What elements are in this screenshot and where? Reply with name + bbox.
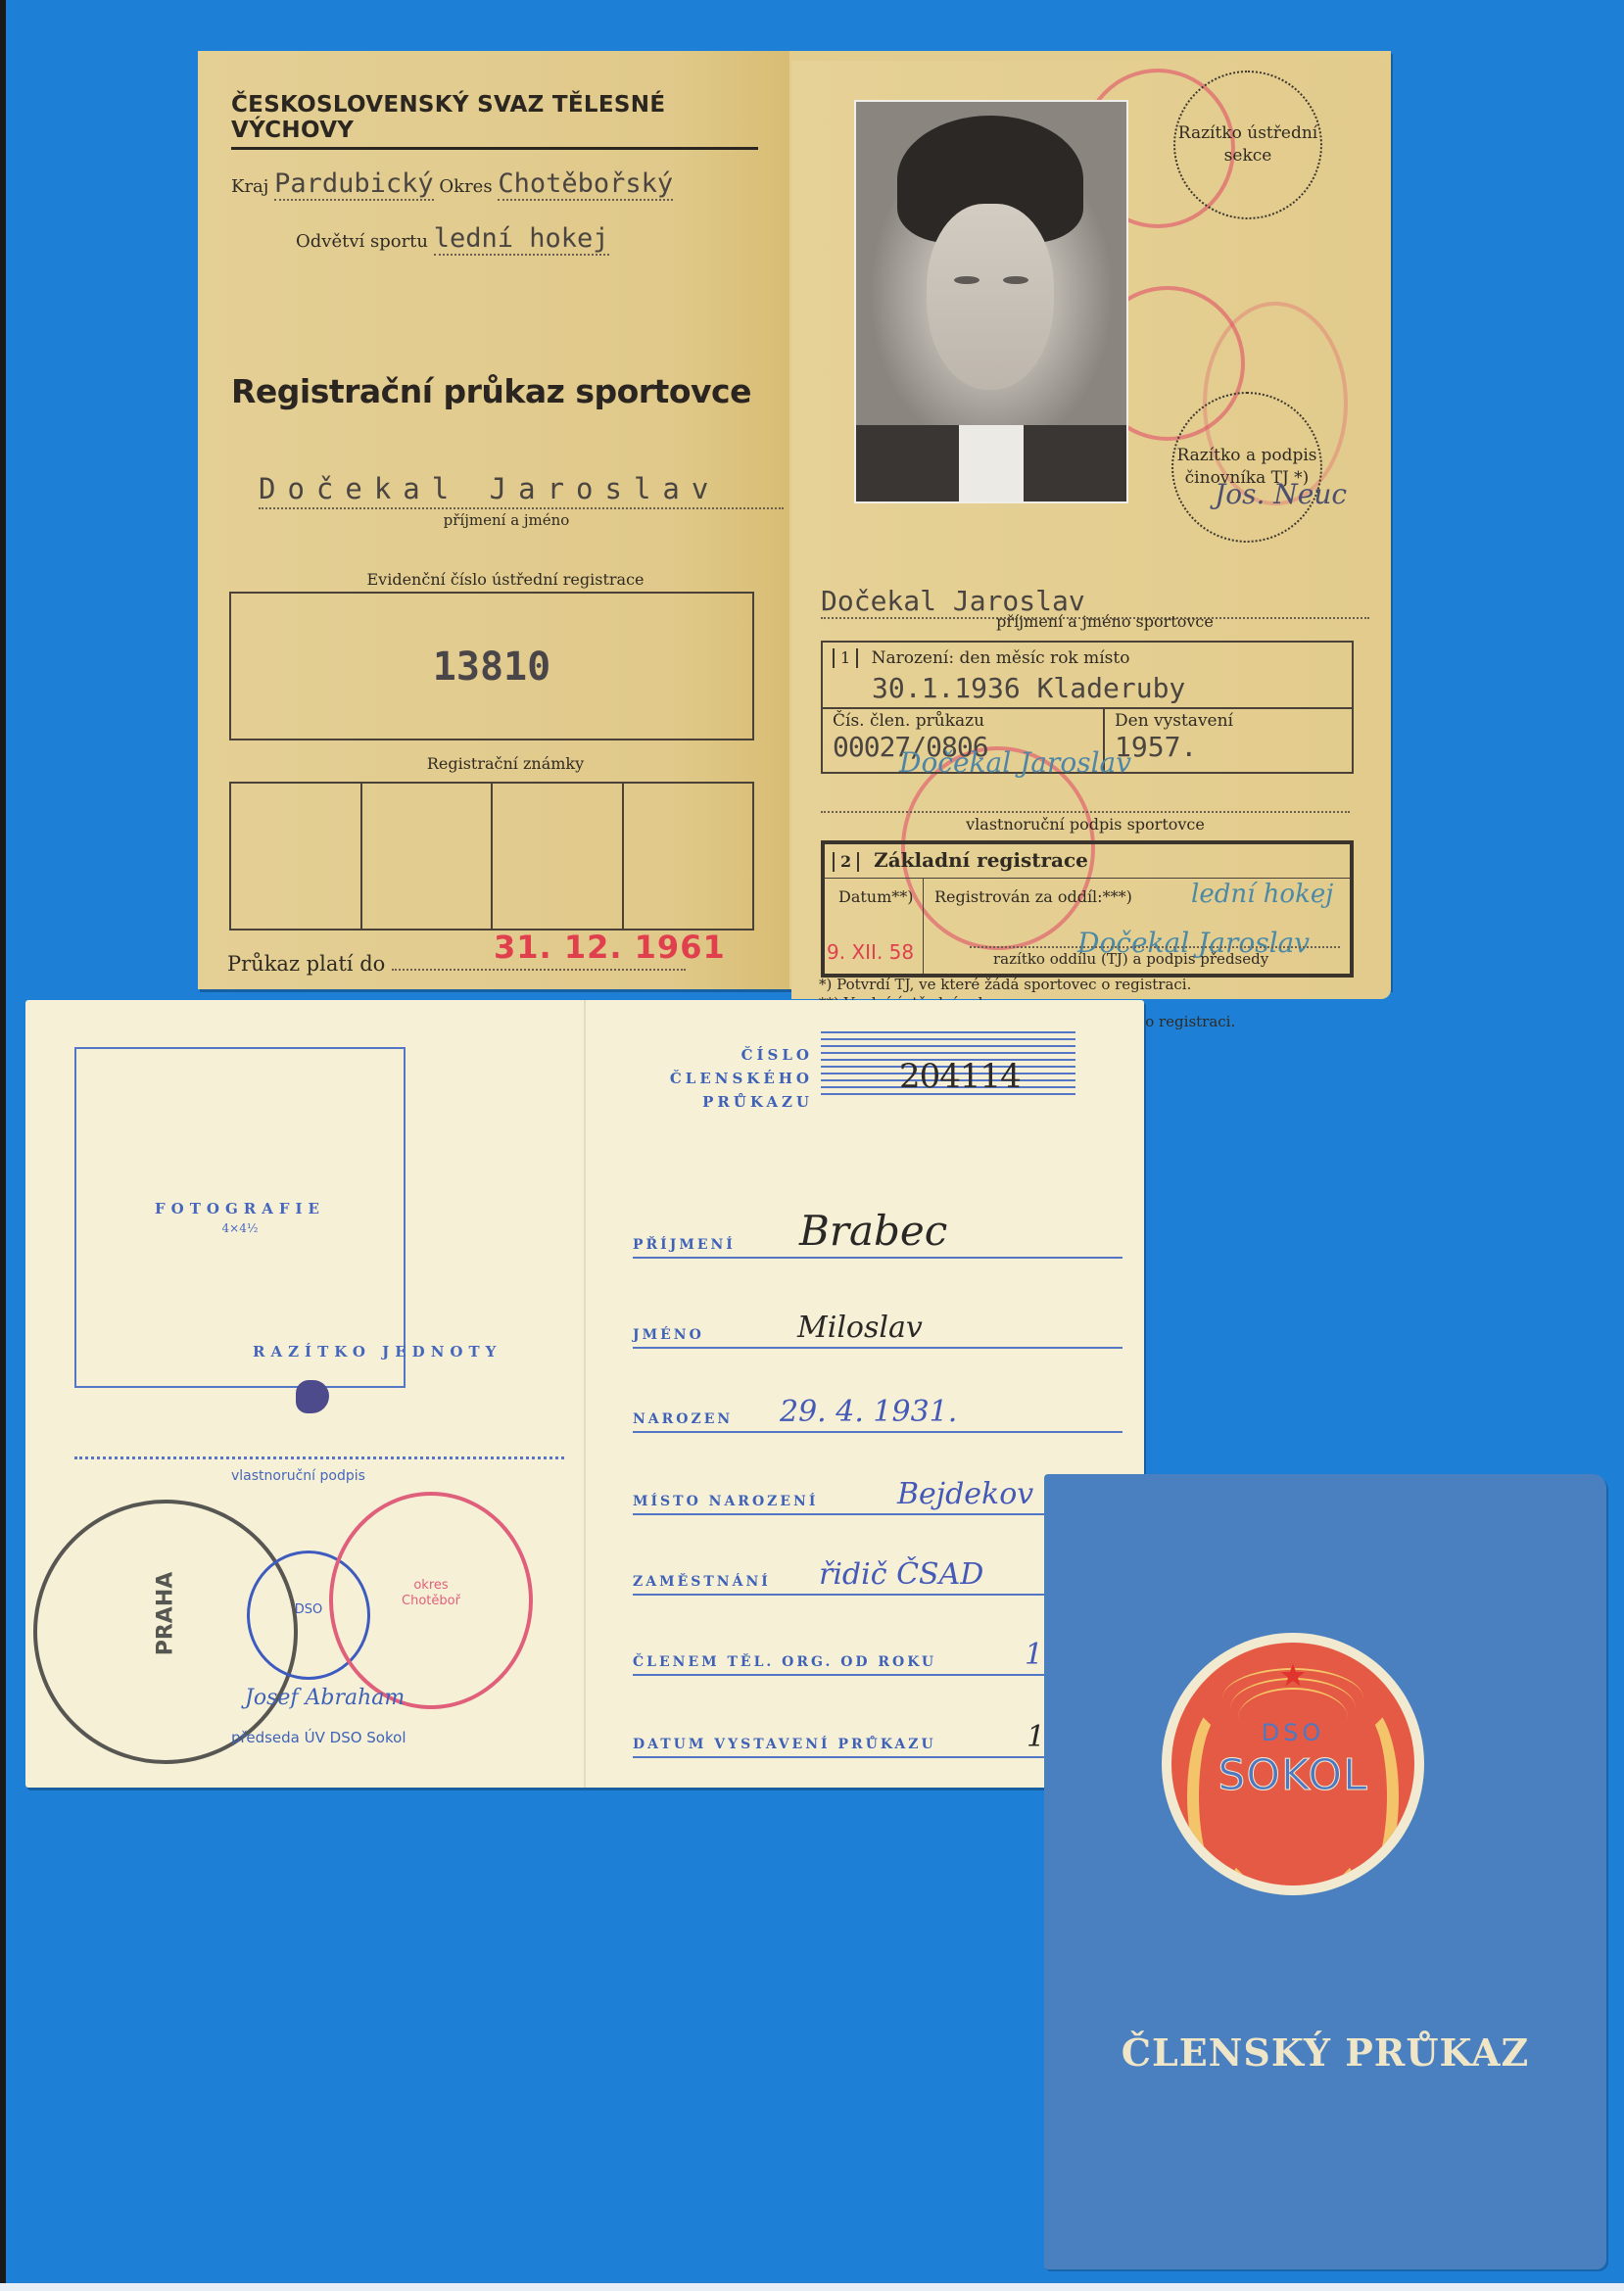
- okres-value: Chotěbořský: [498, 168, 673, 201]
- stamp-cell: [362, 784, 494, 929]
- signature-line: [821, 811, 1350, 813]
- official-signature: Jos. Neuc: [1215, 478, 1347, 510]
- card-title: Registrační průkaz sportovce: [231, 372, 751, 410]
- evidence-label: Evidenční číslo ústřední registrace: [231, 570, 780, 589]
- unit-stamp-label: RAZÍTKO JEDNOTY: [253, 1343, 502, 1360]
- member-card-label: Čís. člen. průkazu: [833, 711, 984, 731]
- card-number-label: ČÍSLO ČLENSKÉHO PRŮKAZU: [603, 1043, 813, 1114]
- page-fold: [584, 1000, 586, 1788]
- registration-card-left-page: ČESKOSLOVENSKÝ SVAZ TĚLESNÉ VÝCHOVY Kraj…: [198, 51, 789, 989]
- kraj-value: Pardubický: [274, 168, 434, 201]
- evidence-number: 13810: [231, 644, 752, 690]
- issue-day-label: Den vystavení: [1115, 711, 1233, 731]
- athlete-photo: [854, 100, 1128, 503]
- chairman-caption: razítko oddílu (TJ) a podpis předsedy: [993, 950, 1268, 968]
- registered-for-label: Registrován za oddíl:***): [934, 887, 1132, 906]
- president-signature: Josef Abraham: [245, 1686, 405, 1710]
- registration-card: ČESKOSLOVENSKÝ SVAZ TĚLESNÉ VÝCHOVY Kraj…: [198, 51, 1391, 989]
- valid-dotline: [392, 969, 686, 971]
- stamp-cell: [493, 784, 624, 929]
- section-number: 2: [833, 852, 859, 872]
- registration-card-right-page: Razítko ústřední sekce Razítko a podpis …: [791, 61, 1391, 999]
- emblem-sokol: SOKOL: [1171, 1750, 1414, 1800]
- datum-label: Datum**): [838, 887, 914, 906]
- card-number: 204114: [899, 1057, 1021, 1096]
- stamps-grid: [229, 782, 754, 931]
- central-stamp-circle: Razítko ústřední sekce: [1173, 71, 1322, 219]
- athlete-signature: Dočekal Jaroslav: [899, 746, 1131, 779]
- valid-until-stamp: 31. 12. 1961: [494, 929, 726, 966]
- evidence-box: 13810: [229, 592, 754, 740]
- emblem-dso: DSO: [1171, 1719, 1414, 1746]
- scan-edge: [0, 2283, 1624, 2291]
- signature-dotline: [74, 1456, 564, 1459]
- name-value: Dočekal Jaroslav: [259, 472, 784, 509]
- okres-label: Okres: [439, 176, 492, 197]
- stamp-cell: [231, 784, 362, 929]
- sokol-emblem: ★ DSO SOKOL: [1162, 1633, 1424, 1895]
- sokol-membership-cover: ★ DSO SOKOL ČLENSKÝ PRŮKAZ: [1044, 1474, 1606, 2269]
- stamp-cell: [624, 784, 753, 929]
- name-caption: příjmení a jméno: [394, 511, 619, 529]
- own-signature-label: vlastnoruční podpis: [231, 1468, 365, 1484]
- official-stamp-circle: Razítko a podpis činovníka TJ *): [1171, 392, 1322, 543]
- valid-label: Průkaz platí do: [227, 952, 385, 976]
- organization-heading: ČESKOSLOVENSKÝ SVAZ TĚLESNÉ VÝCHOVY: [231, 92, 758, 150]
- field-birth-date: NAROZEN 29. 4. 1931.: [633, 1392, 1122, 1433]
- stamps-label: Registrační známky: [231, 754, 780, 773]
- registration-date-stamp: 9. XII. 58: [827, 940, 914, 964]
- birth-label: Narození: den měsíc rok místo: [872, 648, 1130, 668]
- basic-registration-section: 2 Základní registrace Datum**) Registrov…: [821, 840, 1354, 978]
- scan-edge: [0, 0, 6, 2291]
- registered-for-value: lední hokej: [1191, 880, 1333, 909]
- photo-label: FOTOGRAFIE: [76, 1200, 404, 1217]
- footnote: *) Potvrdí TJ, ve které žádá sportovec o…: [819, 976, 1235, 994]
- star-icon: ★: [1171, 1656, 1414, 1695]
- red-district-stamp: okres Chotěboř: [329, 1492, 533, 1709]
- sport-label: Odvětví sportu: [296, 231, 428, 252]
- birth-value: 30.1.1936 Kladeruby: [872, 672, 1185, 704]
- sokol-membership-inner: FOTOGRAFIE 4×4½ RAZÍTKO JEDNOTY vlastnor…: [25, 1000, 1144, 1788]
- photo-placeholder: FOTOGRAFIE 4×4½: [74, 1047, 406, 1388]
- athlete-signature-caption: vlastnoruční podpis sportovce: [919, 815, 1252, 834]
- ink-blot: [296, 1380, 329, 1413]
- athlete-name-caption: příjmení a jméno sportovce: [958, 612, 1252, 631]
- field-surname: PŘÍJMENÍ Brabec: [633, 1217, 1122, 1259]
- section-title: Základní registrace: [874, 848, 1088, 872]
- photo-size: 4×4½: [76, 1221, 404, 1235]
- region-row: Kraj Pardubický Okres Chotěbořský: [231, 168, 780, 199]
- sport-value: lední hokej: [434, 223, 609, 256]
- cover-title: ČLENSKÝ PRŮKAZ: [1044, 2030, 1606, 2075]
- kraj-label: Kraj: [231, 176, 268, 197]
- field-first-name: JMÉNO Miloslav: [633, 1308, 1122, 1349]
- sport-row: Odvětví sportu lední hokej: [296, 223, 609, 254]
- president-caption: předseda ÚV DSO Sokol: [231, 1729, 406, 1746]
- section-number: 1: [833, 648, 858, 668]
